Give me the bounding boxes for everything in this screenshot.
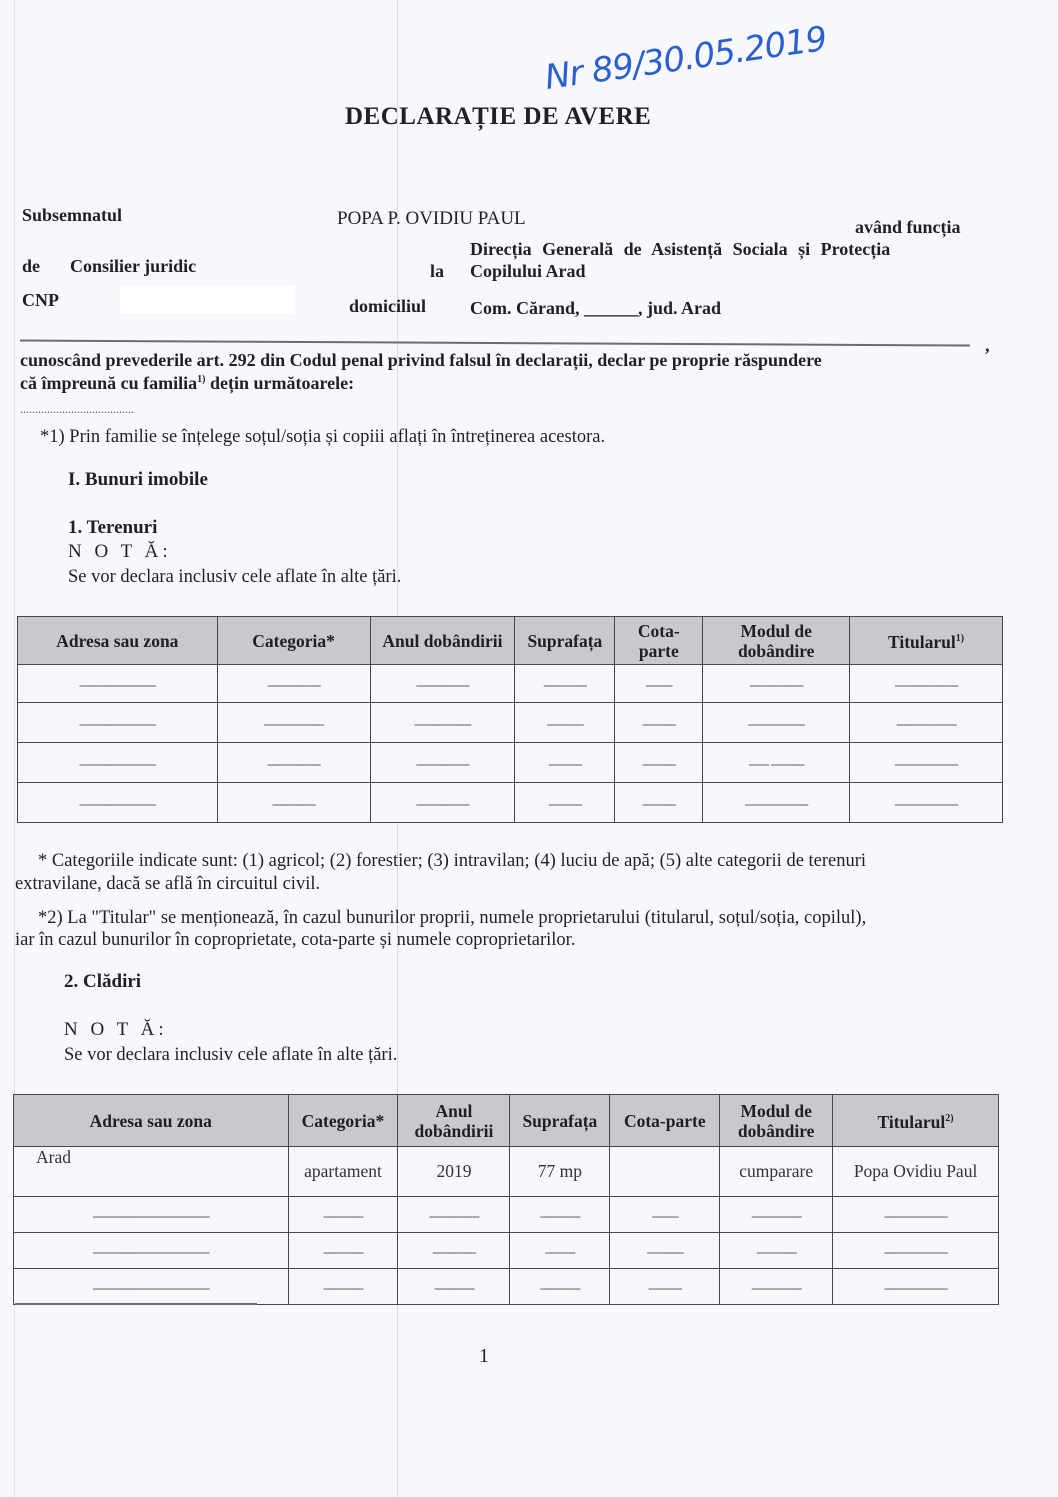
cell-area: ------------ — [510, 1269, 610, 1305]
header-rule-comma: , — [985, 335, 990, 356]
cell-address: ----------------------- — [18, 665, 218, 703]
col-header-address: Adresa sau zona — [18, 617, 218, 665]
cell-holder: ------------------- — [850, 783, 1003, 823]
cell-holder: ------------------- — [833, 1197, 999, 1233]
subheading-terenuri: 1. Terenuri — [68, 517, 157, 539]
terenuri-table: Adresa sau zonaCategoria*Anul dobândirii… — [17, 616, 1003, 823]
declaration-line2-prefix: că împreună cu familia — [20, 373, 197, 393]
cell-holder: ------------------- — [850, 743, 1003, 783]
table-row: ----------------------------------------… — [14, 1269, 999, 1305]
declaration-line1: cunoscând prevederile art. 292 din Codul… — [20, 350, 822, 371]
footnote-ref-1: 1) — [197, 374, 205, 385]
section-heading-bunuri-imobile: I. Bunuri imobile — [68, 469, 208, 491]
cell-category: apartament — [288, 1147, 398, 1197]
cnp-label: CNP — [22, 290, 59, 311]
cell-area: 77 mp — [510, 1147, 610, 1197]
col-header-share: Cota-parte — [615, 617, 703, 665]
nota-text-cladiri: Se vor declara inclusiv cele aflate în a… — [64, 1045, 397, 1066]
cell-mode: ------------ — [720, 1233, 833, 1269]
cell-share: -------- — [615, 665, 703, 703]
cladiri-table: Adresa sau zonaCategoria*Anul dobândirii… — [13, 1094, 999, 1305]
function-value: Consilier juridic — [70, 256, 196, 277]
cell-holder: ------------------- — [833, 1233, 999, 1269]
cell-year: ---------------- — [370, 783, 515, 823]
table-row: Aradapartament201977 mpcumpararePopa Ovi… — [14, 1147, 999, 1197]
col-header-year: Anul dobândirii — [370, 617, 515, 665]
subsemnatul-label: Subsemnatul — [22, 205, 122, 226]
titular-footnote-ref: 2) — [945, 1113, 953, 1124]
cell-holder: Popa Ovidiu Paul — [833, 1147, 999, 1197]
cell-holder: ------------------ — [850, 703, 1003, 743]
nota-text-terenuri: Se vor declara inclusiv cele aflate în a… — [68, 567, 401, 588]
document-title: DECLARAȚIE DE AVERE — [345, 103, 651, 131]
footnote-categories-line1: * Categoriile indicate sunt: (1) agricol… — [38, 851, 866, 872]
cell-mode: ---------------- — [703, 665, 850, 703]
col-header-category: Categoria* — [288, 1095, 398, 1147]
declarant-name: POPA P. OVIDIU PAUL — [337, 208, 526, 230]
header-rule — [20, 340, 970, 347]
col-header-area: Suprafața — [510, 1095, 610, 1147]
la-label: la — [430, 261, 444, 282]
nota-label-cladiri: N O T Ă: — [64, 1019, 168, 1041]
cell-mode: --------------- — [720, 1269, 833, 1305]
titular-footnote-ref: 1) — [956, 633, 964, 644]
cell-category: ---------------- — [217, 665, 370, 703]
cell-category: ---------------- — [217, 743, 370, 783]
cell-address: ----------------------------------- — [14, 1233, 289, 1269]
table-row: ----------------------------------------… — [18, 703, 1003, 743]
col-header-category: Categoria* — [217, 617, 370, 665]
col-header-holder: Titularul1) — [850, 617, 1003, 665]
domicile-value: Com. Cărand, ______, jud. Arad — [470, 298, 721, 319]
cell-mode: --------------- — [720, 1197, 833, 1233]
col-header-area: Suprafața — [515, 617, 615, 665]
cell-year: 2019 — [398, 1147, 510, 1197]
cell-address: Arad — [14, 1147, 289, 1197]
cell-area: ---------- — [515, 743, 615, 783]
function-label: având funcția — [855, 217, 961, 238]
cell-year: ---------------- — [370, 665, 515, 703]
cell-share: ---------- — [610, 1269, 720, 1305]
footnote-categories-line2: extravilane, dacă se află în circuitul c… — [15, 874, 320, 895]
table-row: ----------------------------------------… — [18, 783, 1003, 823]
declaration-line2: că împreună cu familia1) dețin următoare… — [20, 373, 354, 394]
page-number: 1 — [479, 1345, 489, 1368]
cell-year: ------------ — [398, 1269, 510, 1305]
col-header-share: Cota-parte — [610, 1095, 720, 1147]
cell-category: ------------ — [288, 1233, 398, 1269]
col-header-address: Adresa sau zona — [14, 1095, 289, 1147]
cnp-redacted — [120, 285, 295, 313]
footnote-family: *1) Prin familie se înțelege soțul/soția… — [40, 427, 605, 448]
table-row: ----------------------------------------… — [14, 1197, 999, 1233]
institution-line2: Copilului Arad — [470, 261, 586, 282]
cell-category: ------------ — [288, 1269, 398, 1305]
cell-mode: ------------------- — [703, 783, 850, 823]
cell-address: ----------------------- — [18, 703, 218, 743]
cell-year: ----------------- — [370, 703, 515, 743]
col-header-mode: Modul de dobândire — [703, 617, 850, 665]
de-label: de — [22, 256, 40, 277]
cell-address: ----------------------- — [18, 783, 218, 823]
subheading-cladiri: 2. Clădiri — [64, 971, 141, 993]
separator-dots: ...................................... — [20, 402, 134, 417]
table-row: ----------------------------------------… — [14, 1233, 999, 1269]
cell-address: ----------------------- — [18, 743, 218, 783]
cell-holder: ------------------- — [833, 1269, 999, 1305]
cell-area: --------- — [510, 1233, 610, 1269]
cell-year: --------------- — [398, 1197, 510, 1233]
cell-share: ----------- — [610, 1233, 720, 1269]
cell-year: ------------- — [398, 1233, 510, 1269]
declaration-line2-suffix: dețin următoarele: — [206, 373, 355, 393]
domicile-label: domiciliul — [349, 296, 426, 317]
col-header-mode: Modul de dobândire — [720, 1095, 833, 1147]
nota-label-terenuri: N O T Ă: — [68, 541, 172, 563]
cell-category: ------------------ — [217, 703, 370, 743]
table-row: ----------------------------------------… — [18, 743, 1003, 783]
cell-area: ------------- — [515, 665, 615, 703]
cell-year: ---------------- — [370, 743, 515, 783]
cell-mode: ----------------- — [703, 703, 850, 743]
footnote-titular-line1: *2) La "Titular" se menționează, în cazu… — [38, 908, 866, 929]
cell-share: -------- — [610, 1197, 720, 1233]
cell-holder: ------------------- — [850, 665, 1003, 703]
col-header-year: Anul dobândirii — [398, 1095, 510, 1147]
cell-area: ---------- — [515, 783, 615, 823]
cell-category: ------------- — [217, 783, 370, 823]
cell-area: ----------- — [515, 703, 615, 743]
institution-line1: Direcția Generală de Asistență Sociala ș… — [470, 239, 890, 260]
cell-mode: ------ ---------- — [703, 743, 850, 783]
footnote-titular-line2: iar în cazul bunurilor în coproprietate,… — [15, 930, 575, 951]
registration-stamp: Nr 89/30.05.2019 — [542, 19, 828, 98]
cell-address: ----------------------------------- — [14, 1269, 289, 1305]
cell-mode: cumparare — [720, 1147, 833, 1197]
cell-category: ------------ — [288, 1197, 398, 1233]
cell-share: ---------- — [615, 783, 703, 823]
cell-address: ----------------------------------- — [14, 1197, 289, 1233]
cell-area: ------------ — [510, 1197, 610, 1233]
cell-share: ---------- — [615, 703, 703, 743]
cell-share: ---------- — [615, 743, 703, 783]
table-row: ----------------------------------------… — [18, 665, 1003, 703]
bottom-short-rule — [15, 1303, 257, 1305]
col-header-holder: Titularul2) — [833, 1095, 999, 1147]
cell-share — [610, 1147, 720, 1197]
